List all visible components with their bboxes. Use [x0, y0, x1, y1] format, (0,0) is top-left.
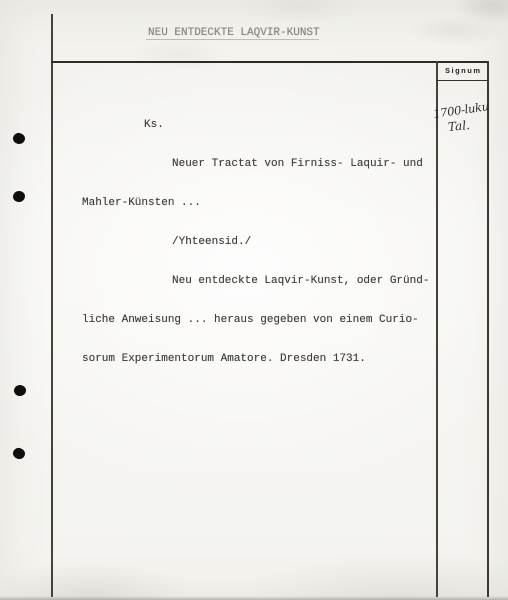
signum-handwritten-era: 1700-luku — [432, 99, 489, 121]
entry-line: Neu entdeckte Laqvir-Kunst, oder Gründ- — [82, 275, 432, 288]
card-right-rule — [487, 61, 489, 597]
hole-punch-dot — [12, 190, 25, 203]
signum-handwritten-mark: Tal. — [447, 118, 470, 134]
card-heading: NEU ENTDECKTE LAQVIR-KUNST — [148, 27, 320, 39]
hole-punch-dot — [14, 384, 27, 396]
entry-line: sorum Experimentorum Amatore. Dresden 17… — [82, 353, 432, 366]
signum-header-rule — [436, 80, 489, 82]
entry-line: liche Anweisung ... heraus gegeben von e… — [82, 314, 432, 327]
entry-line: Mahler-Künsten ... — [82, 197, 432, 210]
card-top-rule — [51, 61, 489, 63]
card-heading-underline — [146, 39, 319, 40]
entry-line: Ks. — [82, 119, 432, 132]
signum-column-header: Signum — [436, 66, 489, 75]
scan-bottom-edge-shadow — [0, 596, 508, 600]
signum-column-rule — [436, 61, 438, 597]
hole-punch-dot — [12, 446, 27, 460]
entry-line: /Yhteensid./ — [82, 236, 432, 249]
entry-line: Neuer Tractat von Firniss- Laquir- und — [82, 158, 432, 171]
hole-punch-dot — [12, 132, 26, 145]
card-left-rule — [51, 14, 53, 597]
catalog-entry-text: Ks. Neuer Tractat von Firniss- Laquir- u… — [82, 93, 432, 392]
scanned-catalog-card: NEU ENTDECKTE LAQVIR-KUNST Signum 1700-l… — [0, 0, 508, 600]
